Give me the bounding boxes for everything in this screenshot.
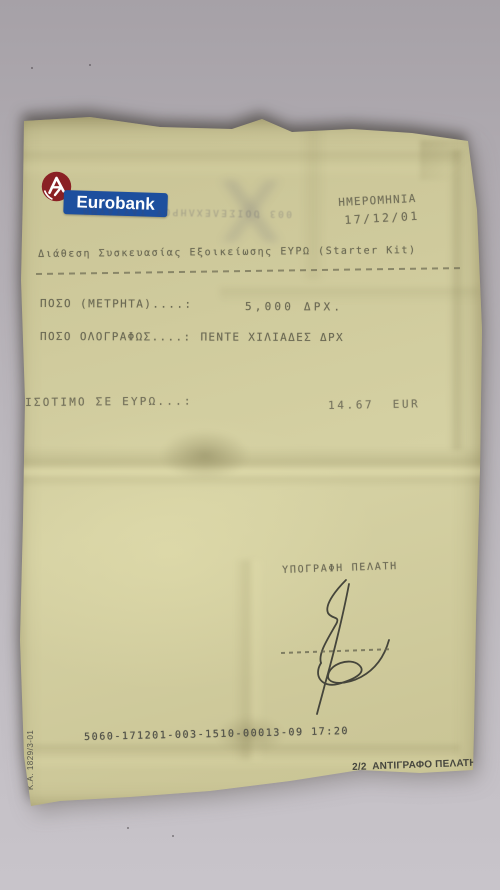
amount-words-line: ΠΟΣΟ ΟΛΟΓΡΑΦΩΣ....: ΠΕΝΤΕ ΧΙΛΙΑΔΕΣ ΔΡΧ (40, 330, 344, 344)
amount-words-label: ΠΟΣΟ ΟΛΟΓΡΑΦΩΣ....: (40, 330, 192, 344)
receipt-paper: Eurobank 003 ΌΟΙΣΕΛΕΧΛΗΡΟΥ ΤΑΥΤΑΥΜΠ ΗΜΕΡ… (0, 0, 500, 890)
signature-scribble (272, 568, 402, 718)
photo-background: Eurobank 003 ΌΟΙΣΕΛΕΧΛΗΡΟΥ ΤΑΥΤΑΥΜΠ ΗΜΕΡ… (0, 0, 500, 890)
euro-equivalent-value: 14.67 EUR (328, 397, 420, 412)
amount-cash-value: 5,000 ΔΡΧ. (245, 300, 343, 314)
amount-words-value: ΠΕΝΤΕ ΧΙΛΙΑΔΕΣ ΔΡΧ (200, 331, 344, 345)
amount-cash-label: ΠΟΣΟ (ΜΕΤΡΗΤΑ)....: (40, 297, 193, 311)
euro-equivalent-label: ΙΣΟΤΙΜΟ ΣΕ ΕΥΡΩ...: (25, 395, 193, 409)
form-code-vertical: Κ.Α. 1829/3-01 (26, 730, 35, 790)
receipt-paper-wrap: Eurobank 003 ΌΟΙΣΕΛΕΧΛΗΡΟΥ ΤΑΥΤΑΥΜΠ ΗΜΕΡ… (0, 0, 500, 890)
